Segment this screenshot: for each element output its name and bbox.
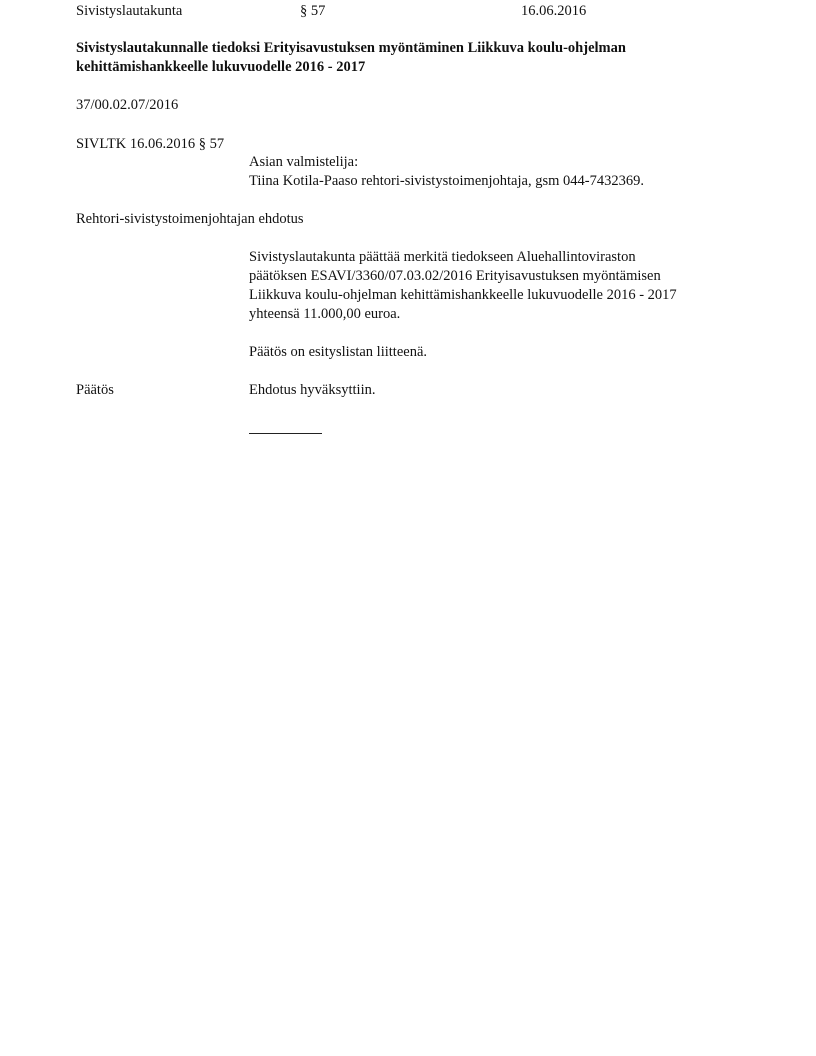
header-section: § 57 — [300, 2, 325, 21]
meeting-reference: SIVLTK 16.06.2016 § 57 — [76, 135, 224, 154]
proposal-line-4: yhteensä 11.000,00 euroa. — [249, 305, 400, 324]
header-date: 16.06.2016 — [521, 2, 586, 21]
record-number: 37/00.02.07/2016 — [76, 96, 178, 115]
proposal-line-3: Liikkuva koulu-ohjelman kehittämishankke… — [249, 286, 677, 305]
document-title-line-1: Sivistyslautakunnalle tiedoksi Erityisav… — [76, 39, 626, 58]
decision-text: Ehdotus hyväksyttiin. — [249, 381, 375, 400]
proposal-line-2: päätöksen ESAVI/3360/07.03.02/2016 Erity… — [249, 267, 661, 286]
proposal-line-1: Sivistyslautakunta päättää merkitä tiedo… — [249, 248, 636, 267]
preparer-value: Tiina Kotila-Paaso rehtori-sivistystoime… — [249, 172, 644, 191]
decision-label: Päätös — [76, 381, 114, 400]
divider-line — [249, 433, 322, 434]
header-committee: Sivistyslautakunta — [76, 2, 182, 21]
document-title-line-2: kehittämishankkeelle lukuvuodelle 2016 -… — [76, 58, 365, 77]
preparer-label: Asian valmistelija: — [249, 153, 358, 172]
attachment-note: Päätös on esityslistan liitteenä. — [249, 343, 427, 362]
proposal-heading: Rehtori-sivistystoimenjohtajan ehdotus — [76, 210, 304, 229]
